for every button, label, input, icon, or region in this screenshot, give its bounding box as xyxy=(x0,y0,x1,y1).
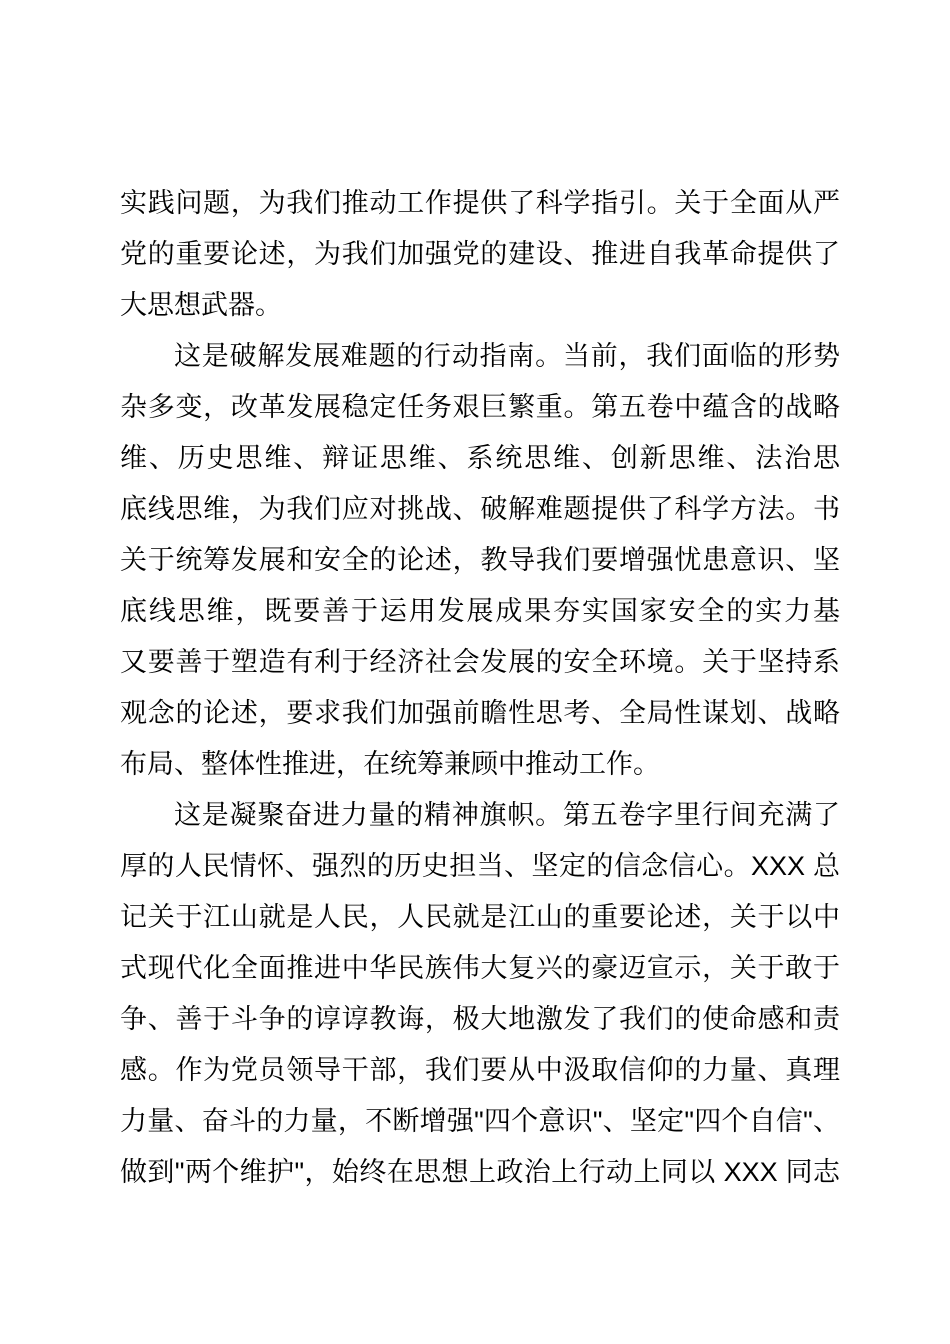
text-line: 记关于江山就是人民，人民就是江山的重要论述，关于以中国 xyxy=(120,892,840,943)
text-line: 实践问题，为我们推动工作提供了科学指引。关于全面从严治 xyxy=(120,178,840,229)
text-line: 这是破解发展难题的行动指南。当前，我们面临的形势复 xyxy=(120,331,840,382)
document-text-block: 实践问题，为我们推动工作提供了科学指引。关于全面从严治 党的重要论述，为我们加强… xyxy=(120,178,840,1198)
text-line: 力量、奋斗的力量，不断增强"四个意识"、坚定"四个自信"、 xyxy=(120,1096,840,1147)
text-line: 争、善于斗争的谆谆教诲，极大地激发了我们的使命感和责任 xyxy=(120,994,840,1045)
text-line: 感。作为党员领导干部，我们要从中汲取信仰的力量、真理的 xyxy=(120,1045,840,1096)
text-line: 布局、整体性推进，在统筹兼顾中推动工作。 xyxy=(120,739,840,790)
text-line: 做到"两个维护"，始终在思想上政治上行动上同以 XXX 同志为 xyxy=(120,1147,840,1198)
text-line: 这是凝聚奋进力量的精神旗帜。第五卷字里行间充满了深 xyxy=(120,790,840,841)
text-line: 式现代化全面推进中华民族伟大复兴的豪迈宣示，关于敢于斗 xyxy=(120,943,840,994)
text-line: 杂多变，改革发展稳定任务艰巨繁重。第五卷中蕴含的战略思 xyxy=(120,382,840,433)
text-line: 关于统筹发展和安全的论述，教导我们要增强忧患意识、坚持 xyxy=(120,535,840,586)
text-line: 底线思维，为我们应对挑战、破解难题提供了科学方法。书中 xyxy=(120,484,840,535)
text-line: 维、历史思维、辩证思维、系统思维、创新思维、法治思维、 xyxy=(120,433,840,484)
text-line: 又要善于塑造有利于经济社会发展的安全环境。关于坚持系统 xyxy=(120,637,840,688)
text-line: 观念的论述，要求我们加强前瞻性思考、全局性谋划、战略性 xyxy=(120,688,840,739)
document-page: 实践问题，为我们推动工作提供了科学指引。关于全面从严治 党的重要论述，为我们加强… xyxy=(0,0,950,1344)
text-line: 大思想武器。 xyxy=(120,280,840,331)
text-line: 厚的人民情怀、强烈的历史担当、坚定的信念信心。XXX 总书 xyxy=(120,841,840,892)
text-line: 底线思维，既要善于运用发展成果夯实国家安全的实力基础， xyxy=(120,586,840,637)
text-line: 党的重要论述，为我们加强党的建设、推进自我革命提供了强 xyxy=(120,229,840,280)
